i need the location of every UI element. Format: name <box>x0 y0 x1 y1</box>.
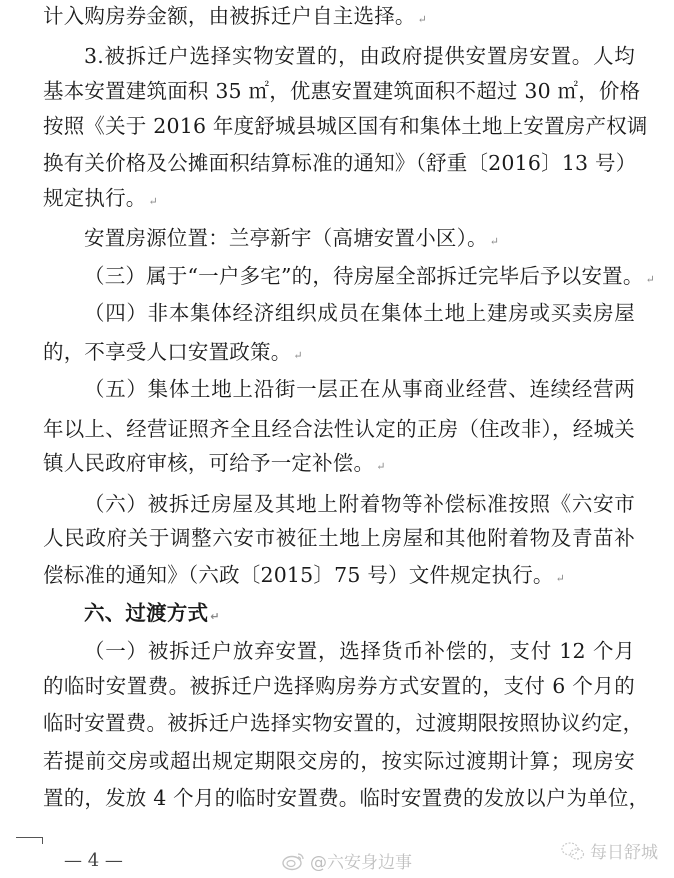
line-text: （一）被拆迁户放弃安置，选择货币补偿的，支付 12 个月 <box>84 639 635 663</box>
line-text: 3.被拆迁户选择实物安置的，由政府提供安置房安置。人均 <box>84 44 635 68</box>
text-line: 换有关价格及公摊面积结算标准的通知》（舒重〔2016〕13 号） <box>43 149 635 177</box>
line-text: （五）集体土地上沿街一层正在从事商业经营、连续经营两 <box>84 377 635 401</box>
text-line: （五）集体土地上沿街一层正在从事商业经营、连续经营两 <box>84 375 635 403</box>
weibo-watermark: @六安身边事 <box>282 848 412 876</box>
text-line: （四）非本集体经济组织成员在集体土地上建房或买卖房屋 <box>84 299 635 327</box>
text-line: 基本安置建筑面积 35 ㎡，优惠安置建筑面积不超过 30 ㎡，价格 <box>43 77 635 105</box>
text-line: 3.被拆迁户选择实物安置的，由政府提供安置房安置。人均 <box>84 42 635 70</box>
line-text: 安置房源位置：兰亭新宇（高塘安置小区）。 <box>84 226 488 250</box>
line-text: 的，不享受人口安置政策。 <box>43 340 291 364</box>
text-line: 若提前交房或超出规定期限交房的，按实际过渡期计算；现房安 <box>43 747 635 775</box>
text-line: （一）被拆迁户放弃安置，选择货币补偿的，支付 12 个月 <box>84 637 635 665</box>
text-line: （六）被拆迁房屋及其地上附着物等补偿标准按照《六安市 <box>84 490 635 518</box>
text-line: 的，不享受人口安置政策。↵ <box>43 338 635 370</box>
text-line: 临时安置费。被拆迁户选择实物安置的，过渡期限按照协议约定， <box>43 709 635 737</box>
text-line: 人民政府关于调整六安市被征土地上房屋和其他附着物及青苗补 <box>43 524 635 552</box>
line-text: 年以上、经营证照齐全且经合法性认定的正房（住改非），经城关 <box>43 417 635 441</box>
line-text: 六、过渡方式 <box>84 601 208 625</box>
paragraph-mark-icon: ↵ <box>149 195 158 208</box>
weibo-watermark-text: @六安身边事 <box>310 853 412 873</box>
line-text: 若提前交房或超出规定期限交房的，按实际过渡期计算；现房安 <box>43 749 635 773</box>
paragraph-mark-icon: ↵ <box>646 273 655 286</box>
text-line: 规定执行。↵ <box>43 184 635 216</box>
line-text: （六）被拆迁房屋及其地上附着物等补偿标准按照《六安市 <box>84 492 635 516</box>
paragraph-mark-icon: ↵ <box>490 235 499 248</box>
line-text: 人民政府关于调整六安市被征土地上房屋和其他附着物及青苗补 <box>43 526 635 550</box>
page-number: — 4 — <box>64 850 123 871</box>
text-line: 镇人民政府审核，可给予一定补偿。↵ <box>43 449 635 481</box>
text-line: 的临时安置费。被拆迁户选择购房券方式安置的，支付 6 个月的 <box>43 672 635 700</box>
line-text: （四）非本集体经济组织成员在集体土地上建房或买卖房屋 <box>84 301 635 325</box>
line-text: 计入购房券金额，由被拆迁户自主选择。 <box>43 4 416 28</box>
paragraph-mark-icon: ↵ <box>556 572 565 585</box>
text-line: 按照《关于 2016 年度舒城县城区国有和集体土地上安置房产权调 <box>43 112 635 140</box>
section-heading: 六、过渡方式↵ <box>84 599 635 631</box>
paragraph-mark-icon: ↵ <box>418 13 427 26</box>
line-text: 换有关价格及公摊面积结算标准的通知》（舒重〔2016〕13 号） <box>43 151 636 175</box>
wechat-watermark: 每日舒城 <box>560 838 658 866</box>
wechat-icon <box>560 841 586 866</box>
line-text: 偿标准的通知》（六政〔2015〕75 号）文件规定执行。 <box>43 563 554 587</box>
line-text: （三）属于“一户多宅”的，待房屋全部拆迁完毕后予以安置。 <box>84 264 644 288</box>
paragraph-mark-icon: ↵ <box>293 349 302 362</box>
paragraph-mark-icon: ↵ <box>210 610 219 623</box>
line-text: 临时安置费。被拆迁户选择实物安置的，过渡期限按照协议约定， <box>43 711 643 735</box>
line-text: 的临时安置费。被拆迁户选择购房券方式安置的，支付 6 个月的 <box>43 674 635 698</box>
text-line: 偿标准的通知》（六政〔2015〕75 号）文件规定执行。↵ <box>43 561 635 593</box>
text-line: 安置房源位置：兰亭新宇（高塘安置小区）。↵ <box>84 224 635 256</box>
line-text: 镇人民政府审核，可给予一定补偿。 <box>43 451 374 475</box>
text-line: 年以上、经营证照齐全且经合法性认定的正房（住改非），经城关 <box>43 415 635 443</box>
text-line: 置的，发放 4 个月的临时安置费。临时安置费的发放以户为单位， <box>43 784 635 812</box>
text-line: 计入购房券金额，由被拆迁户自主选择。↵ <box>43 2 635 34</box>
weibo-icon <box>282 851 306 876</box>
line-text: 基本安置建筑面积 35 ㎡，优惠安置建筑面积不超过 30 ㎡，价格 <box>43 79 640 103</box>
wechat-watermark-text: 每日舒城 <box>590 843 658 863</box>
line-text: 置的，发放 4 个月的临时安置费。临时安置费的发放以户为单位， <box>43 786 649 810</box>
line-text: 规定执行。 <box>43 186 147 210</box>
page-corner-mark <box>16 837 43 844</box>
line-text: 按照《关于 2016 年度舒城县城区国有和集体土地上安置房产权调 <box>43 114 648 138</box>
text-line: （三）属于“一户多宅”的，待房屋全部拆迁完毕后予以安置。↵ <box>84 262 635 294</box>
paragraph-mark-icon: ↵ <box>376 460 385 473</box>
